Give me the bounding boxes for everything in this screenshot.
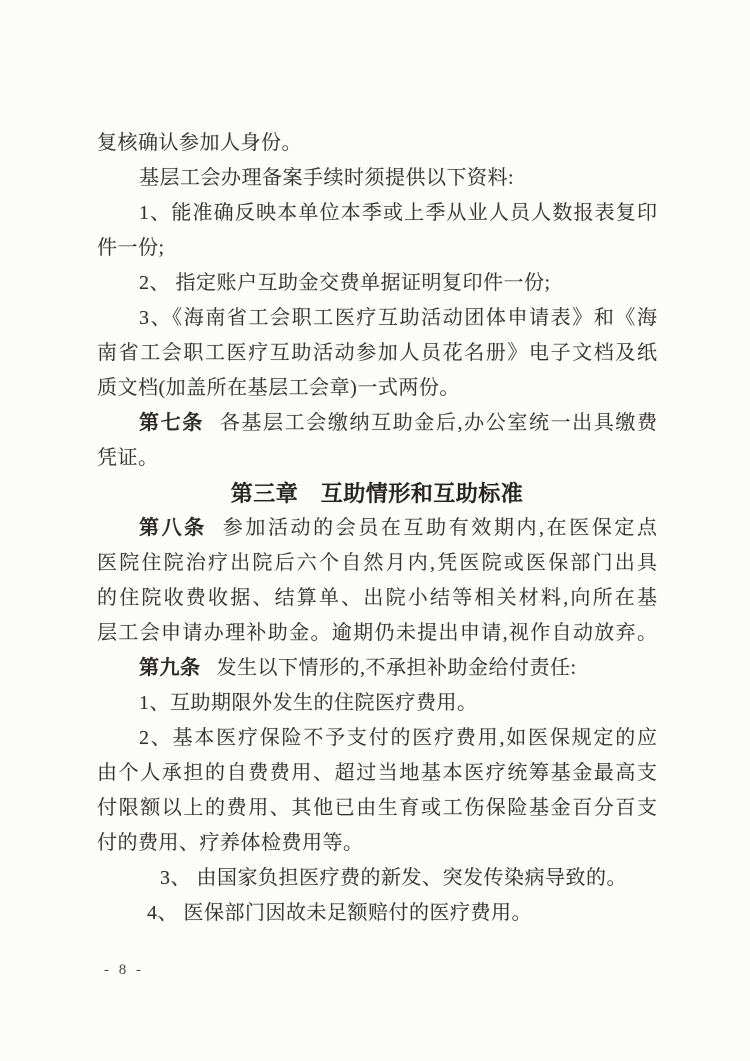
line-text: 各基层工会缴纳互助金后,办公室统一出具缴费 [220, 412, 657, 434]
page-number: - 8 - [104, 962, 144, 979]
document-line: 付限额以上的费用、其他已由生育或工伤保险基金百分百支 [97, 791, 657, 826]
document-line: 第九条发生以下情形的,不承担补助金给付责任: [97, 651, 657, 686]
document-line: 1、互助期限外发生的住院医疗费用。 [97, 686, 657, 721]
line-text: 质文档(加盖所在基层工会章)一式两份。 [97, 377, 460, 399]
line-text: 发生以下情形的,不承担补助金给付责任: [217, 657, 577, 679]
document-line: 医院住院治疗出院后六个自然月内,凭医院或医保部门出具 [97, 546, 657, 581]
document-line: 2、基本医疗保险不予支付的医疗费用,如医保规定的应 [97, 721, 657, 756]
line-text: 的住院收费收据、结算单、出院小结等相关材料,向所在基 [97, 587, 657, 609]
document-line: 质文档(加盖所在基层工会章)一式两份。 [97, 371, 657, 406]
document-line: 南省工会职工医疗互助活动参加人员花名册》电子文档及纸 [97, 336, 657, 371]
document-line: 复核确认参加人身份。 [97, 126, 657, 161]
document-line: 基层工会办理备案手续时须提供以下资料: [97, 161, 657, 196]
line-text: 凭证。 [97, 447, 159, 469]
chapter-heading: 第三章 互助情形和互助标准 [97, 476, 657, 511]
document-line: 第八条参加活动的会员在互助有效期内,在医保定点 [97, 511, 657, 546]
document-line: 3、《海南省工会职工医疗互助活动团体申请表》和《海 [97, 301, 657, 336]
line-text: 医院住院治疗出院后六个自然月内,凭医院或医保部门出具 [97, 552, 657, 574]
line-text: 参加活动的会员在互助有效期内,在医保定点 [223, 517, 657, 539]
document-line: 层工会申请办理补助金。逾期仍未提出申请,视作自动放弃。 [97, 616, 657, 651]
line-text: 基层工会办理备案手续时须提供以下资料: [139, 167, 514, 189]
document-line: 的住院收费收据、结算单、出院小结等相关材料,向所在基 [97, 581, 657, 616]
line-text: 层工会申请办理补助金。逾期仍未提出申请,视作自动放弃。 [97, 622, 657, 644]
line-text: 付的费用、疗养体检费用等。 [97, 832, 364, 854]
document-line: 2、 指定账户互助金交费单据证明复印件一份; [97, 266, 657, 301]
line-text: 1、能准确反映本单位本季或上季从业人员人数报表复印 [139, 202, 657, 224]
document-page: 复核确认参加人身份。 基层工会办理备案手续时须提供以下资料: 1、能准确反映本单… [0, 0, 750, 1061]
document-line: 件一份; [97, 231, 657, 266]
line-text: 3、 由国家负担医疗费的新发、突发传染病导致的。 [160, 867, 627, 889]
line-text: 3、《海南省工会职工医疗互助活动团体申请表》和《海 [139, 307, 657, 329]
document-line: 1、能准确反映本单位本季或上季从业人员人数报表复印 [97, 196, 657, 231]
document-line: 3、 由国家负担医疗费的新发、突发传染病导致的。 [97, 861, 657, 896]
line-text: 付限额以上的费用、其他已由生育或工伤保险基金百分百支 [97, 797, 657, 819]
line-text: 由个人承担的自费费用、超过当地基本医疗统筹基金最高支 [97, 762, 657, 784]
document-line: 由个人承担的自费费用、超过当地基本医疗统筹基金最高支 [97, 756, 657, 791]
line-text: 南省工会职工医疗互助活动参加人员花名册》电子文档及纸 [97, 342, 657, 364]
line-text: 2、 指定账户互助金交费单据证明复印件一份; [139, 272, 551, 294]
document-body: 复核确认参加人身份。 基层工会办理备案手续时须提供以下资料: 1、能准确反映本单… [97, 126, 657, 931]
line-text: 2、基本医疗保险不予支付的医疗费用,如医保规定的应 [139, 727, 657, 749]
document-line: 第七条各基层工会缴纳互助金后,办公室统一出具缴费 [97, 406, 657, 441]
line-text: 1、互助期限外发生的住院医疗费用。 [139, 692, 478, 714]
article-number: 第八条 [139, 517, 207, 539]
document-line: 凭证。 [97, 441, 657, 476]
article-number: 第七条 [139, 412, 204, 434]
article-number: 第九条 [139, 657, 201, 679]
line-text: 件一份; [97, 237, 165, 259]
line-text: 复核确认参加人身份。 [97, 132, 302, 154]
document-line: 4、 医保部门因故未足额赔付的医疗费用。 [97, 896, 657, 931]
document-line: 付的费用、疗养体检费用等。 [97, 826, 657, 861]
line-text: 4、 医保部门因故未足额赔付的医疗费用。 [147, 902, 532, 924]
